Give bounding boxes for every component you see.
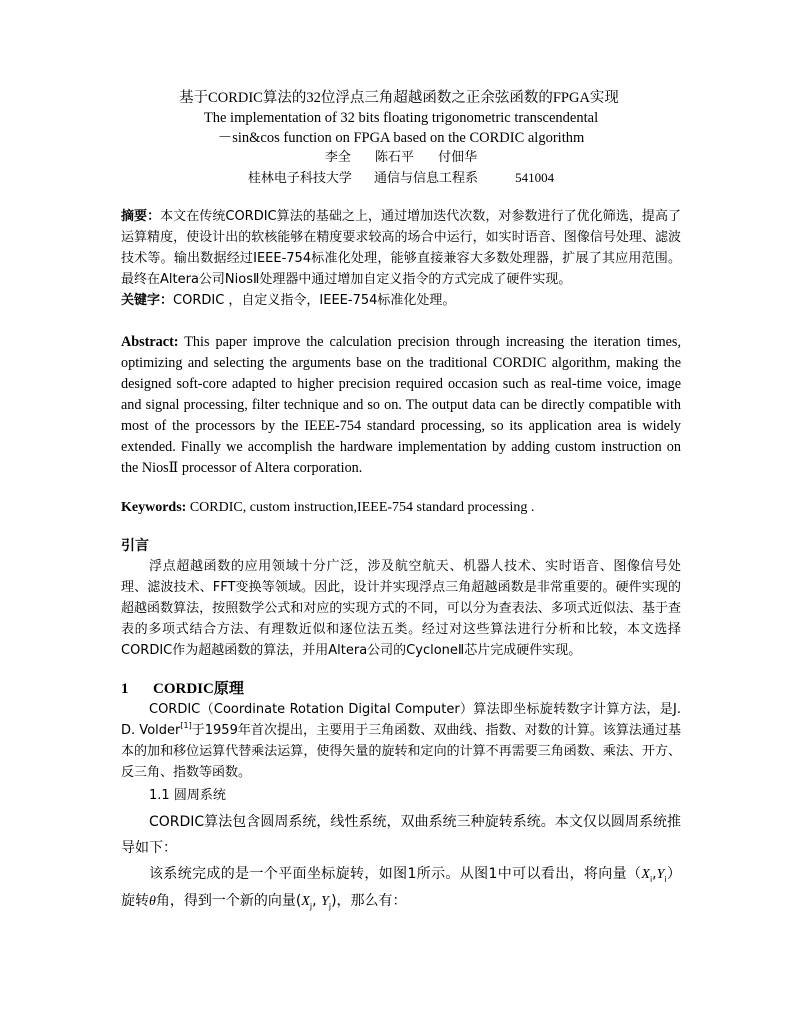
- math-var: X: [641, 867, 650, 882]
- math-theta: θ: [149, 894, 156, 909]
- paragraph-text: )，那么有：: [331, 893, 406, 909]
- math-subscript: i: [650, 875, 652, 884]
- abstract-english: Abstract: This paper improve the calcula…: [121, 332, 681, 479]
- author-list: 李全 陈石平 付佃华: [121, 148, 681, 168]
- author: 陈石平: [375, 148, 414, 168]
- keywords-chinese-text: CORDIC ，自定义指令，IEEE-754标准化处理。: [173, 293, 455, 308]
- citation-ref[interactable]: [1]: [180, 721, 191, 730]
- keywords-chinese: 关键字：CORDIC ，自定义指令，IEEE-754标准化处理。: [121, 290, 681, 311]
- affiliation-postcode: 541004: [515, 168, 554, 188]
- abstract-chinese: 摘要：本文在传统CORDIC算法的基础之上，通过增加迭代次数，对参数进行了优化筛…: [121, 206, 681, 290]
- abstract-english-text: This paper improve the calculation preci…: [121, 334, 681, 476]
- subsection-title: 圆周系统: [174, 788, 226, 803]
- affiliation: 桂林电子科技大学 通信与信息工程系 541004: [121, 168, 681, 189]
- section1-paragraph3: 该系统完成的是一个平面坐标旋转，如图1所示。从图1中可以看出，将向量（Xi,Yi…: [121, 861, 681, 915]
- section-number: 1: [121, 679, 153, 699]
- section-heading-introduction: 引言: [121, 536, 681, 556]
- author: 李全: [325, 148, 351, 168]
- keywords-english: Keywords: CORDIC, custom instruction,IEE…: [121, 497, 681, 518]
- keywords-chinese-label: 关键字：: [121, 293, 173, 308]
- section1-paragraph1: CORDIC（Coordinate Rotation Digital Compu…: [121, 699, 681, 783]
- section-heading-1: 1CORDIC原理: [121, 679, 681, 699]
- section-title: CORDIC原理: [153, 681, 244, 697]
- paragraph-text: 于1959年首次提出，主要用于三角函数、双曲线、指数、对数的计算。该算法通过基本…: [121, 723, 681, 780]
- subsection-number: 1.1: [149, 788, 170, 803]
- title-english-line1: The implementation of 32 bits floating t…: [121, 108, 681, 128]
- math-subscript: j: [310, 902, 312, 911]
- introduction-paragraph: 浮点超越函数的应用领域十分广泛，涉及航空航天、机器人技术、实时语音、图像信号处理…: [121, 556, 681, 661]
- affiliation-university: 桂林电子科技大学: [248, 169, 352, 189]
- math-var: X: [301, 894, 310, 909]
- keywords-english-label: Keywords:: [121, 500, 186, 515]
- title-chinese: 基于CORDIC算法的32位浮点三角超越函数之正余弦函数的FPGA实现: [117, 88, 681, 108]
- affiliation-department: 通信与信息工程系: [374, 169, 478, 189]
- paragraph-text: 角，得到一个新的向量(: [156, 893, 301, 909]
- title-english-line2: －sin&cos function on FPGA based on the C…: [121, 128, 681, 148]
- section1-paragraph2: CORDIC算法包含圆周系统，线性系统，双曲系统三种旋转系统。本文仅以圆周系统推…: [121, 809, 681, 861]
- paper-page: 基于CORDIC算法的32位浮点三角超越函数之正余弦函数的FPGA实现 The …: [121, 88, 681, 915]
- abstract-chinese-label: 摘要：: [121, 209, 160, 224]
- abstract-english-label: Abstract:: [121, 334, 179, 350]
- subsection-heading: 1.1 圆周系统: [121, 783, 681, 809]
- keywords-english-text: CORDIC, custom instruction,IEEE-754 stan…: [190, 500, 535, 515]
- author: 付佃华: [438, 148, 477, 168]
- math-var: Y: [321, 894, 329, 909]
- paragraph-text: 该系统完成的是一个平面坐标旋转，如图1所示。从图1中可以看出，将向量（: [149, 866, 641, 882]
- abstract-chinese-text: 本文在传统CORDIC算法的基础之上，通过增加迭代次数，对参数进行了优化筛选，提…: [121, 209, 681, 287]
